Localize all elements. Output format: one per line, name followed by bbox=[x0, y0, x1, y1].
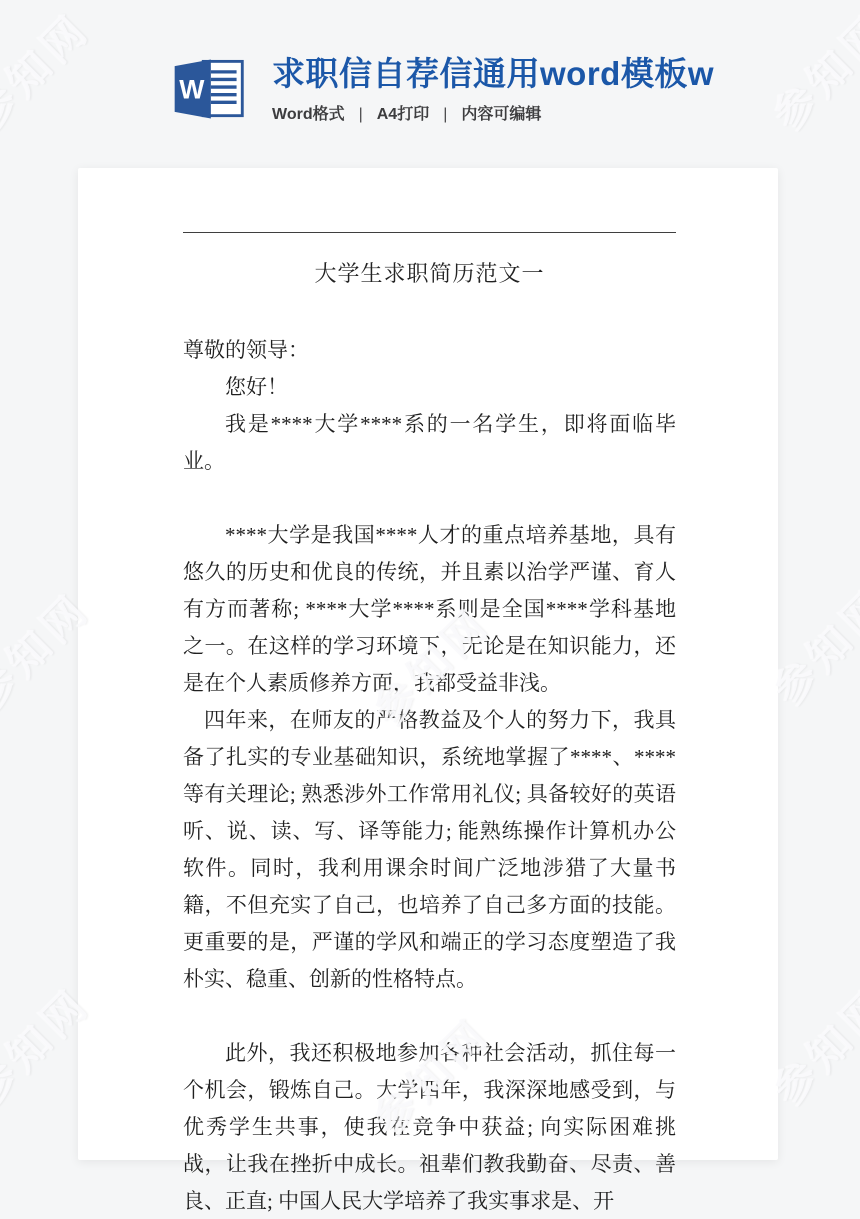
paragraph-spacer bbox=[183, 480, 676, 517]
doc-paragraph: 您好！ bbox=[183, 369, 676, 406]
doc-paragraph: 我是****大学****系的一名学生，即将面临毕业。 bbox=[183, 406, 676, 480]
doc-paragraph: 四年来，在师友的严格教益及个人的努力下，我具备了扎实的专业基础知识，系统地掌握了… bbox=[183, 702, 676, 998]
template-header: W 求职信自荐信通用word模板w Word格式|A4打印|内容可编辑 bbox=[168, 55, 714, 124]
page-canvas: W 求职信自荐信通用word模板w Word格式|A4打印|内容可编辑 大学生求… bbox=[0, 0, 860, 1219]
document-top-rule bbox=[183, 232, 676, 233]
subtitle-part: 内容可编辑 bbox=[461, 106, 541, 123]
watermark-text: 参知网 bbox=[758, 0, 860, 142]
subtitle-separator: | bbox=[443, 106, 447, 123]
template-title: 求职信自荐信通用word模板w bbox=[272, 55, 714, 93]
doc-body: 尊敬的领导：您好！我是****大学****系的一名学生，即将面临毕业。****大… bbox=[183, 332, 676, 1219]
watermark-text: 参知网 bbox=[0, 0, 102, 142]
header-subtitle: Word格式|A4打印|内容可编辑 bbox=[272, 101, 714, 124]
subtitle-separator: | bbox=[359, 106, 363, 123]
doc-paragraph: ****大学是我国****人才的重点培养基地，具有悠久的历史和优良的传统，并且素… bbox=[183, 517, 676, 702]
document-page: 大学生求职简历范文一 尊敬的领导：您好！我是****大学****系的一名学生，即… bbox=[78, 168, 778, 1160]
word-icon-letter: W bbox=[179, 75, 205, 105]
subtitle-part: Word格式 bbox=[272, 106, 345, 123]
subtitle-part: A4打印 bbox=[377, 106, 429, 123]
header-text: 求职信自荐信通用word模板w Word格式|A4打印|内容可编辑 bbox=[272, 55, 714, 124]
document-title: 大学生求职简历范文一 bbox=[183, 257, 676, 288]
doc-paragraph: 尊敬的领导： bbox=[183, 332, 676, 369]
paragraph-spacer bbox=[183, 998, 676, 1035]
word-icon: W bbox=[168, 55, 248, 123]
doc-paragraph: 此外，我还积极地参加各种社会活动，抓住每一个机会，锻炼自己。大学四年，我深深地感… bbox=[183, 1035, 676, 1219]
